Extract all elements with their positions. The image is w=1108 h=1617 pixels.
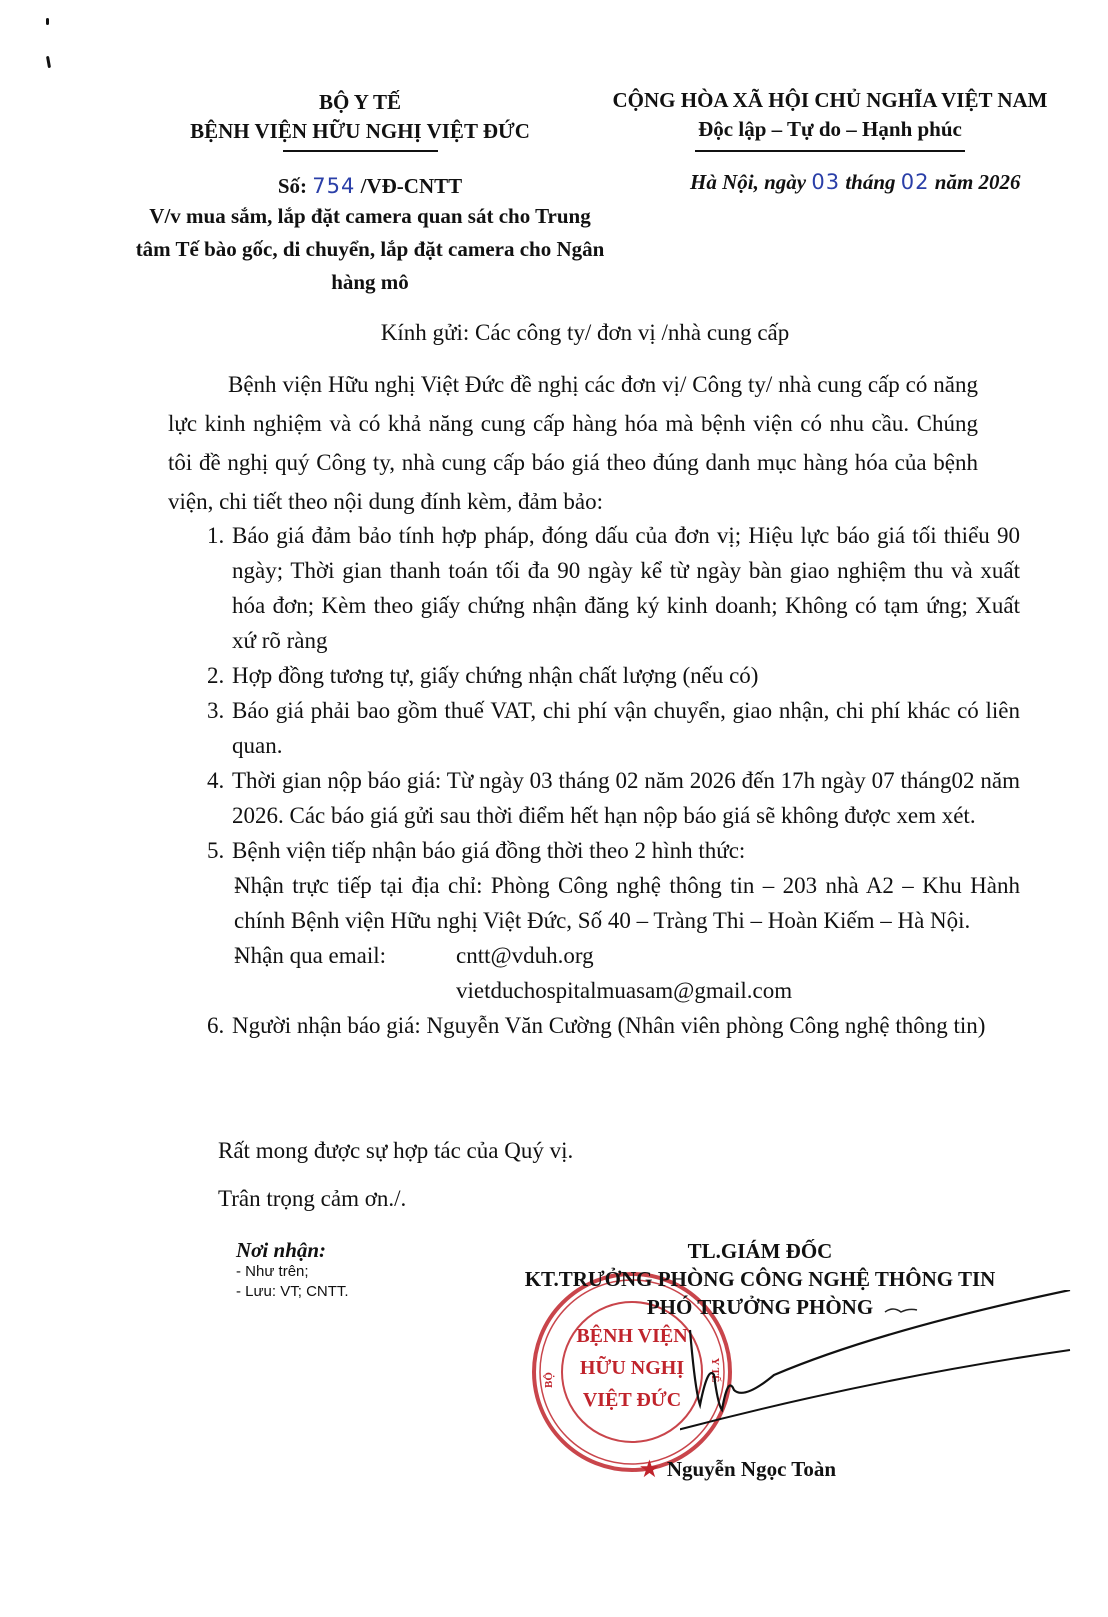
- submission-methods: Nhận trực tiếp tại địa chỉ: Phòng Công n…: [232, 868, 1020, 1008]
- email-label: Nhận qua email:: [234, 938, 456, 1008]
- requirement-item: Bệnh viện tiếp nhận báo giá đồng thời th…: [230, 833, 1020, 1008]
- requirements-list: Báo giá đảm bảo tính hợp pháp, đóng dấu …: [190, 518, 1020, 1043]
- stamp-line: VIỆT ĐỨC: [583, 1387, 681, 1411]
- star-icon: ★: [640, 1457, 659, 1481]
- issuer-header: BỘ Y TẾ BỆNH VIỆN HỮU NGHỊ VIỆT ĐỨC: [130, 88, 590, 152]
- requirement-item: Hợp đồng tương tự, giấy chứng nhận chất …: [230, 658, 1020, 693]
- closing-thanks: Trân trọng cảm ơn./.: [218, 1186, 406, 1212]
- requirement-item: Báo giá đảm bảo tính hợp pháp, đóng dấu …: [230, 518, 1020, 658]
- handwritten-month: 02: [901, 170, 930, 194]
- signer-name: ★Nguyễn Ngọc Toàn: [640, 1457, 836, 1482]
- stamp-line: HỮU NGHỊ: [580, 1355, 684, 1379]
- stamp-line: BỆNH VIỆN: [576, 1324, 688, 1347]
- recipient-item: - Lưu: VT; CNTT.: [236, 1282, 349, 1302]
- email-method: Nhận qua email: cntt@vduh.org vietduchos…: [232, 938, 1020, 1008]
- document-date: Hà Nội, ngày 03 tháng 02 năm 2026: [690, 170, 1050, 195]
- closing-line: Rất mong được sự hợp tác của Quý vị.: [218, 1138, 573, 1164]
- in-person-method: Nhận trực tiếp tại địa chỉ: Phòng Công n…: [232, 868, 1020, 938]
- scan-mark: [46, 18, 49, 25]
- recipients-title: Nơi nhận:: [236, 1240, 349, 1260]
- stamp-side: BỘ: [542, 1372, 555, 1388]
- email-address[interactable]: vietduchospitalmuasam@gmail.com: [456, 973, 792, 1008]
- email-address[interactable]: cntt@vduh.org: [456, 938, 792, 973]
- scan-mark: [46, 56, 51, 68]
- header-underline: [283, 150, 438, 152]
- signature-title: KT.TRƯỞNG PHÒNG CÔNG NGHỆ THÔNG TIN: [470, 1265, 1050, 1293]
- signature-title: TL.GIÁM ĐỐC: [470, 1237, 1050, 1265]
- greeting: Kính gửi: Các công ty/ đơn vị /nhà cung …: [170, 320, 1000, 346]
- handwritten-day: 03: [811, 170, 840, 194]
- recipients-block: Nơi nhận: - Như trên; - Lưu: VT; CNTT.: [236, 1240, 349, 1302]
- document-subject: V/v mua sắm, lắp đặt camera quan sát cho…: [130, 200, 610, 299]
- country-name: CỘNG HÒA XÃ HỘI CHỦ NGHĨA VIỆT NAM: [580, 86, 1080, 115]
- handwritten-signature: [680, 1290, 1080, 1460]
- hospital-name: BỆNH VIỆN HỮU NGHỊ VIỆT ĐỨC: [130, 117, 590, 146]
- document-number: Số: 754 /VĐ-CNTT: [150, 170, 590, 202]
- recipient-item: - Như trên;: [236, 1262, 349, 1282]
- ministry-name: BỘ Y TẾ: [130, 88, 590, 117]
- national-header: CỘNG HÒA XÃ HỘI CHỦ NGHĨA VIỆT NAM Độc l…: [580, 86, 1080, 152]
- requirement-item: Thời gian nộp báo giá: Từ ngày 03 tháng …: [230, 763, 1020, 833]
- requirement-item: Báo giá phải bao gồm thuế VAT, chi phí v…: [230, 693, 1020, 763]
- requirement-item: Người nhận báo giá: Nguyễn Văn Cường (Nh…: [230, 1008, 1020, 1043]
- handwritten-number: 754: [312, 174, 355, 198]
- intro-paragraph: Bệnh viện Hữu nghị Việt Đức đề nghị các …: [168, 365, 978, 521]
- national-motto: Độc lập – Tự do – Hạnh phúc: [580, 115, 1080, 144]
- motto-underline: [695, 150, 965, 152]
